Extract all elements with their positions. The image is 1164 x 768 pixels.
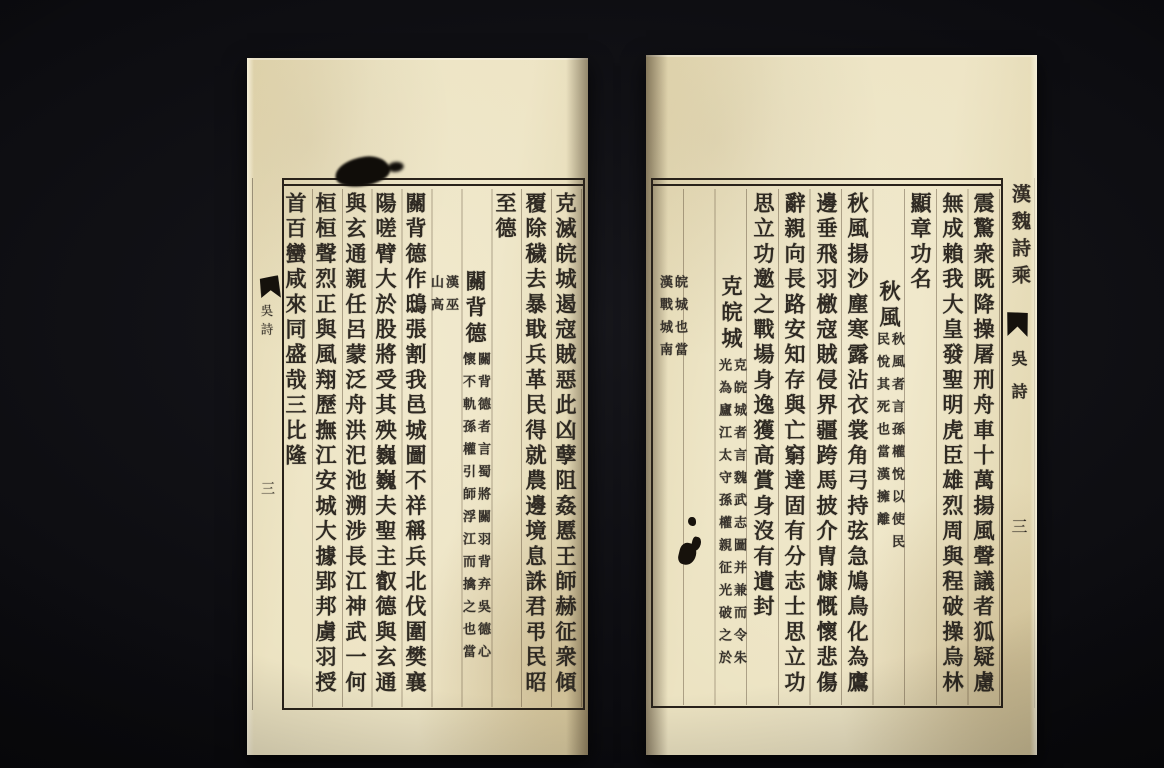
left-page-frame: 克滅皖城遏寇賊惡此凶孽阻姦慝王師赫征衆傾 覆除穢去暴戢兵革民得就農邊境息誅君弔民… [282,178,585,710]
page-number: 三 [257,481,277,495]
poem-column: 秋風揚沙塵寒露沾衣裳角弓持弦急鳩鳥化為鷹 [841,192,872,708]
poem-column: 覆除穢去暴戢兵革民得就農邊境息誅君弔民昭 [519,192,550,708]
annotation-line: 皖城也當 [674,275,689,365]
left-page: 克滅皖城遏寇賊惡此凶孽阻姦慝王師赫征衆傾 覆除穢去暴戢兵革民得就農邊境息誅君弔民… [247,58,588,755]
annotation-guanbeide-continued: 漢巫 山高 [427,275,460,320]
poem-column: 邊垂飛羽檄寇賊侵界疆跨馬披介冑慷慨懷悲傷 [810,192,841,708]
right-margin-strip: 漢魏詩乘 吳詩 三 [1003,178,1035,708]
annotation-kewancheng-continued: 皖城也當 漢戰城南 [656,275,689,365]
right-page: 震驚衆既降操屠刑舟車十萬揚風聲議者狐疑慮 無成賴我大皇發聖明虎臣雄烈周與程破操烏… [646,55,1037,755]
annotation-kewancheng: 克皖城者言魏武志圖并兼而令朱 光為廬江太守孫權親征光破之於 [715,358,748,673]
annotation-line: 關背德者言蜀將關羽背弃吳德心 [477,352,492,667]
poem-column: 關背德作鴟張割我邑城圖不祥稱兵北伐圍樊襄 [399,192,430,708]
page-number: 三 [1007,518,1030,534]
annotation-qiufeng: 秋風者言孫權悅以使民 民悅其死也當漢擁離 [873,332,906,557]
section-label: 吳詩 [257,304,275,341]
poem-column: 克滅皖城遏寇賊惡此凶孽阻姦慝王師赫征衆傾 [549,192,580,708]
poem-column: 思立功邀之戰場身逸獲高賞身沒有遺封 [747,192,778,708]
poem-column: 顯章功名 [904,192,935,708]
poem-column: 震驚衆既降操屠刑舟車十萬揚風聲議者狐疑慮 [967,192,998,708]
poem-column: 桓桓聲烈正與風翔歷撫江安城大據郢邦虜羽授 [309,192,340,708]
left-margin-strip: 吳詩 三 [252,178,284,710]
right-page-frame: 震驚衆既降操屠刑舟車十萬揚風聲議者狐疑慮 無成賴我大皇發聖明虎臣雄烈周與程破操烏… [651,178,1003,708]
fish-tail-icon [1007,312,1028,337]
fish-tail-icon [259,275,281,300]
poem-column: 至德 [489,192,520,708]
annotation-line: 秋風者言孫權悅以使民 [891,332,906,557]
poem-column: 辭親向長路安知存與亡窮達固有分志士思立功 [778,192,809,708]
book-title: 漢魏詩乘 [1007,184,1034,292]
section-label: 吳詩 [1007,350,1030,416]
photo-background: 克滅皖城遏寇賊惡此凶孽阻姦慝王師赫征衆傾 覆除穢去暴戢兵革民得就農邊境息誅君弔民… [0,0,1164,768]
poem-column: 陽嗟臂大於股將受其殃巍巍夫聖主叡德與玄通 [369,192,400,708]
poem-title-qiufeng: 秋風 [873,280,904,332]
annotation-line: 克皖城者言魏武志圖并兼而令朱 [733,358,748,673]
poem-column: 無成賴我大皇發聖明虎臣雄烈周與程破操烏林 [936,192,967,708]
ink-smudge [677,517,705,579]
poem-column: 與玄通親任呂蒙泛舟洪汜池溯涉長江神武一何 [339,192,370,708]
poem-title-guanbeide: 關背德 [459,270,490,348]
poem-title-kewancheng: 克皖城 [715,275,746,353]
annotation-line: 漢巫 [445,275,460,320]
annotation-guanbeide: 關背德者言蜀將關羽背弃吳德心 懷不軌孫權引師浮江而擒之也當 [459,352,492,667]
